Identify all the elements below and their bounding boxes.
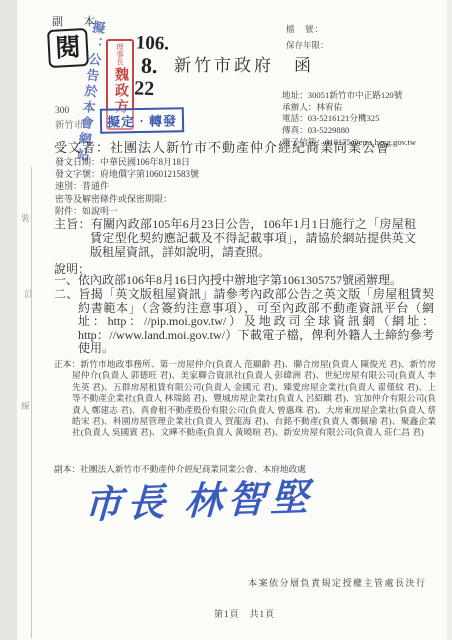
scan-edge-right (447, 0, 452, 640)
mayor-signature: 市長 林智堅 (83, 466, 314, 529)
binding-line (31, 167, 32, 638)
binding-char-ding: 訂 (24, 288, 33, 300)
security-class-line: 密等及解密條件或保密期限： (55, 193, 199, 205)
sender-fax: 傳真：03-5229880 (282, 125, 416, 137)
subject-paragraph: 主旨：有關內政部105年6月23日公告，106年1月1日施行之「房屋租賃定型化契… (54, 218, 416, 259)
sender-phone: 電話：03-5216121分機325 (282, 113, 416, 125)
scanned-official-letter: 裝 訂 線 副 本 閱 擬：公告於本會網站 理事長 魏政方 106. 8. 22… (0, 0, 452, 640)
handwritten-date: 106. 8. 22 (134, 32, 170, 101)
chairman-stamp-title: 理事長 (115, 43, 126, 66)
document-meta-block: 發文日期：中華民國106年8月18日 發文字號：府地價字第1060121583號… (55, 156, 199, 217)
sender-address: 地址：30051新竹市中正路120號 (282, 90, 416, 102)
explanation-item-1: 一、依內政部106年8月16日內授中辦地字第1061305757號函辦理。 (54, 274, 434, 288)
speed-class-line: 速別：普通件 (55, 180, 199, 192)
retention-period-label: 保存年限： (286, 39, 329, 51)
issue-number-line: 發文字號：府地價字第1060121583號 (55, 168, 199, 180)
date-day: 22 (134, 76, 168, 101)
page-number: 第1頁 共1頁 (214, 607, 275, 620)
binding-char-xian: 線 (21, 400, 30, 412)
binding-char-zhuang: 裝 (21, 212, 30, 224)
explanation-item-2: 二、旨揭「英文版租屋資訊」請參考內政部公告之英文版「房屋租賃契約書範本」（含簽約… (54, 288, 434, 356)
recipient-line: 受文者：社團法人新竹市不動產仲介經紀商業同業公會 (54, 137, 390, 156)
scan-edge-left (0, 0, 17, 640)
sender-contact-person: 承辦人：林宥佑 (282, 102, 416, 114)
attachment-line: 附件：如說明一 (55, 205, 199, 217)
issue-date-line: 發文日期：中華民國106年8月18日 (55, 156, 199, 168)
original-recipients-paragraph: 正本：新竹市地政事務所、第一房屋仲介(負責人 范顯齡 君)、聯合房屋(負責人 陳… (54, 359, 436, 439)
document-title: 新竹市政府 函 (174, 51, 314, 76)
action-blue-stamp: 擬定‧轉發 (100, 107, 184, 133)
recipient-address: 新竹市 (55, 117, 84, 131)
date-month: 8. (141, 55, 169, 78)
recipient-zip: 300 (55, 106, 69, 116)
read-stamp: 閱 (47, 28, 89, 68)
explanation-list: 一、依內政部106年8月16日內授中辦地字第1061305757號函辦理。 二、… (54, 274, 434, 357)
file-number-label: 檔 號： (286, 23, 324, 35)
delegation-note: 本案依分層負責規定授權主管處長決行 (248, 576, 427, 589)
